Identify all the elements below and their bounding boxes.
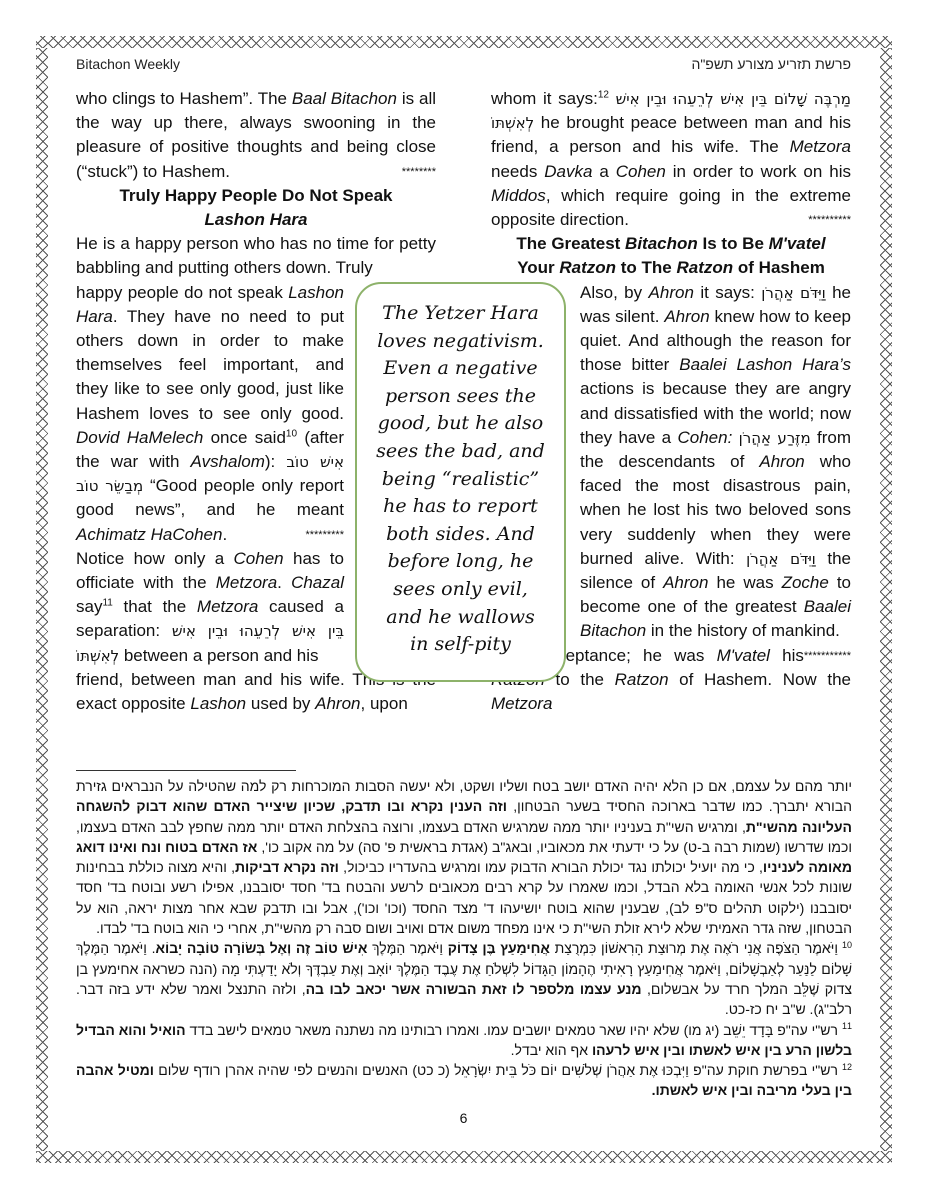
- quote-line: both sides. And: [365, 521, 556, 549]
- footnote-12: 12רש"י בפרשת חוקת עה"פ וַיִּבְכּוּ אֶת א…: [76, 1060, 852, 1101]
- section-divider-stars: **********: [808, 208, 851, 232]
- quote-line: Even a negative: [365, 355, 556, 383]
- quote-line: good, but he also: [365, 410, 556, 438]
- section-divider-stars: ********: [402, 160, 436, 184]
- footnote-10: 10וַיֹּאמֶר הַצֹּפֶה אֲנִי רֹאֶה אֶת מְר…: [76, 938, 852, 1019]
- right-paragraph-1: whom it says:12 מַרְבֶּה שָׁלוֹם בֵּין א…: [491, 87, 851, 232]
- quote-line: sees only evil,: [365, 576, 556, 604]
- footnote-ref-10[interactable]: 10: [286, 428, 297, 439]
- hebrew-quote: וַיִּדֹּם אַהֲרֹן: [746, 550, 816, 568]
- footnote-ref-11[interactable]: 11: [102, 598, 112, 609]
- footnotes: יותר מהם על עצמם, אם כן הלא יהיה האדם יו…: [76, 776, 852, 1101]
- left-paragraph-3: Notice how only a Cohen has to officiate…: [76, 547, 344, 668]
- hebrew-quote: מִזֶּרַע אַהֲרֹן: [739, 429, 811, 447]
- section-heading-happy-people: Truly Happy People Do Not SpeakLashon Ha…: [76, 184, 436, 232]
- footnote-11: 11רש"י עה"פ בָּדָד יֵשֵׁב (יג מו) שלא יה…: [76, 1020, 852, 1061]
- hebrew-quote: וַיִּדֹּם אַהֲרֹן: [761, 284, 825, 302]
- quote-line: person sees the: [365, 383, 556, 411]
- left-paragraph-2-intro: He is a happy person who has no time for…: [76, 232, 436, 280]
- section-divider-stars: ***********: [804, 644, 851, 668]
- page-number: 6: [0, 1110, 927, 1126]
- right-paragraph-2-wrapped: Also, by Ahron it says: וַיִּדֹּם אַהֲרֹ…: [580, 281, 851, 644]
- publication-title: Bitachon Weekly: [76, 56, 180, 72]
- quote-line: and he wallows: [365, 604, 556, 632]
- quote-line: before long, he: [365, 548, 556, 576]
- parsha-title: פרשת תזריע מצורע תשפ"ה: [691, 56, 851, 72]
- quote-line: loves negativism.: [365, 328, 556, 356]
- section-heading-greatest-bitachon: The Greatest Bitachon Is to Be M'vatelYo…: [491, 232, 851, 280]
- quote-line: in self-pity: [365, 631, 556, 659]
- quote-line: The Yetzer Hara: [365, 300, 556, 328]
- left-paragraph-1: who clings to Hashem”. The Baal Bitachon…: [76, 87, 436, 184]
- running-header: Bitachon Weekly פרשת תזריע מצורע תשפ"ה: [76, 56, 851, 76]
- quote-line: being “realistic”: [365, 466, 556, 494]
- left-paragraph-2-wrapped: happy people do not speak Lashon Hara. T…: [76, 281, 344, 668]
- section-divider-stars: *********: [305, 523, 344, 547]
- pull-quote-box: The Yetzer Hara loves negativism. Even a…: [355, 282, 566, 682]
- quote-line: he has to report: [365, 493, 556, 521]
- footnote-ref-12[interactable]: 12: [598, 89, 609, 100]
- footnote-continued: יותר מהם על עצמם, אם כן הלא יהיה האדם יו…: [76, 776, 852, 938]
- footnote-separator: [76, 770, 296, 771]
- quote-line: sees the bad, and: [365, 438, 556, 466]
